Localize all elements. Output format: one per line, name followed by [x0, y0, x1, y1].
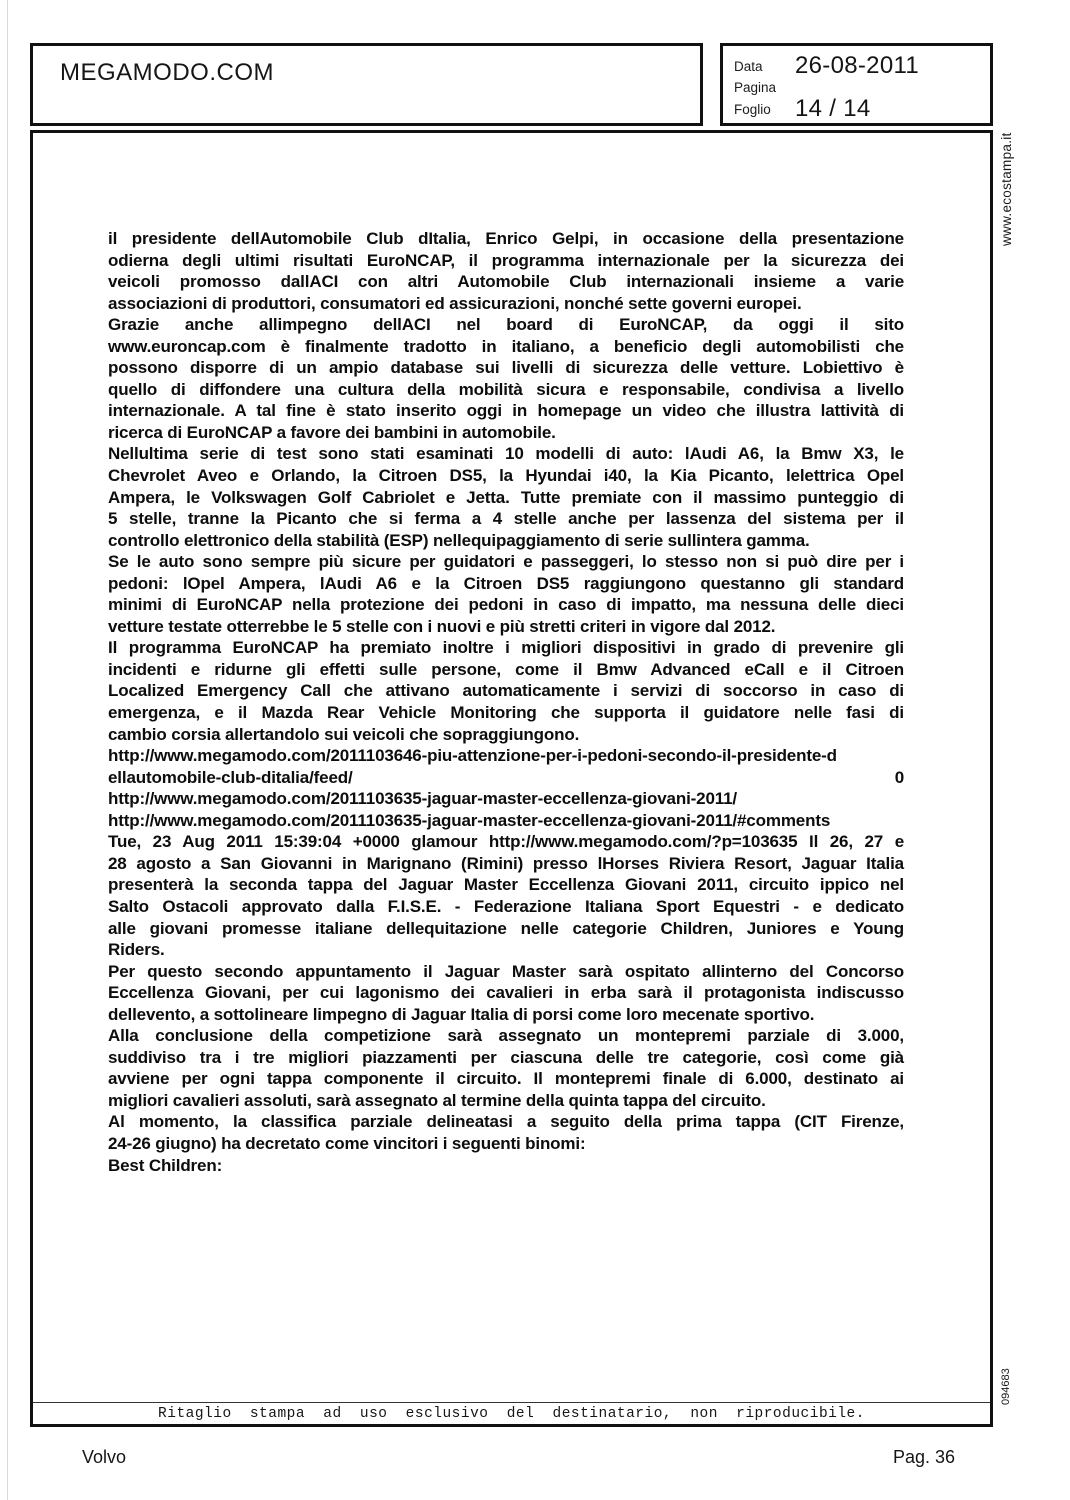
- article-line: suddiviso tra i tre migliori piazzamenti…: [108, 1047, 904, 1069]
- article-line: migliori cavalieri assoluti, sarà assegn…: [108, 1090, 904, 1112]
- article-line: vetture testate otterrebbe le 5 stelle c…: [108, 616, 904, 638]
- article-line: dellevento, a sottolineare limpegno di J…: [108, 1004, 904, 1026]
- disclaimer-text: Ritaglio stampa ad uso esclusivo del des…: [158, 1406, 865, 1422]
- footer-client: Volvo: [82, 1447, 126, 1468]
- article-line: Salto Ostacoli approvato dalla F.I.S.E. …: [108, 896, 904, 918]
- clipping-meta-box: Data 26-08-2011 Pagina Foglio 14 / 14: [720, 43, 993, 126]
- date-value: 26-08-2011: [795, 52, 919, 80]
- article-line: 24-26 giugno) ha decretato come vincitor…: [108, 1133, 904, 1155]
- article-line: Alla conclusione della competizione sarà…: [108, 1025, 904, 1047]
- article-line: http://www.megamodo.com/2011103635-jagua…: [108, 810, 904, 832]
- disclaimer-strip: Ritaglio stampa ad uso esclusivo del des…: [33, 1402, 990, 1424]
- article-line: Per questo secondo appuntamento il Jagua…: [108, 961, 904, 983]
- article-line: 5 stelle, tranne la Picanto che si ferma…: [108, 508, 904, 530]
- article-line: www.euroncap.com è finalmente tradotto i…: [108, 336, 904, 358]
- article-line: Best Children:: [108, 1155, 904, 1177]
- article-line: Localized Emergency Call che attivano au…: [108, 680, 904, 702]
- page-label: Pagina: [734, 80, 795, 95]
- article-text: il presidente dellAutomobile Club dItali…: [108, 228, 904, 1176]
- article-line: Tue, 23 Aug 2011 15:39:04 +0000 glamour …: [108, 831, 904, 853]
- article-line: Nellultima serie di test sono stati esam…: [108, 443, 904, 465]
- meta-row-date: Data 26-08-2011: [734, 52, 984, 80]
- sheet-label: Foglio: [734, 102, 795, 117]
- article-line: internazionale. A tal fine è stato inser…: [108, 400, 904, 422]
- source-name: MEGAMODO.COM: [60, 59, 274, 87]
- meta-row-sheet: Foglio 14 / 14: [734, 95, 984, 123]
- scan-edge-line: [7, 0, 8, 1500]
- article-frame: il presidente dellAutomobile Club dItali…: [30, 130, 993, 1427]
- press-clipping-page: MEGAMODO.COM Data 26-08-2011 Pagina Fogl…: [0, 0, 1070, 1500]
- article-line: avviene per ogni tappa componente il cir…: [108, 1068, 904, 1090]
- article-line: associazioni di produttori, consumatori …: [108, 293, 904, 315]
- sheet-value: 14 / 14: [795, 95, 871, 123]
- article-line: Riders.: [108, 939, 904, 961]
- article-line: emergenza, e il Mazda Rear Vehicle Monit…: [108, 702, 904, 724]
- article-line: ellautomobile-club-ditalia/feed/0: [108, 767, 904, 789]
- article-line: veicoli promosso dallACI con altri Autom…: [108, 271, 904, 293]
- ecostampa-watermark: www.ecostampa.it: [999, 138, 1014, 246]
- article-line: ricerca di EuroNCAP a favore dei bambini…: [108, 422, 904, 444]
- footer-page-number: Pag. 36: [893, 1447, 955, 1468]
- article-line: controllo elettronico della stabilità (E…: [108, 530, 904, 552]
- article-line: Ampera, le Volkswagen Golf Cabriolet e J…: [108, 487, 904, 509]
- article-line: Chevrolet Aveo e Orlando, la Citroen DS5…: [108, 465, 904, 487]
- clipping-meta-rows: Data 26-08-2011 Pagina Foglio 14 / 14: [734, 52, 984, 119]
- article-line-left: ellautomobile-club-ditalia/feed/: [108, 767, 353, 789]
- source-header-box: MEGAMODO.COM: [30, 43, 703, 126]
- article-line: il presidente dellAutomobile Club dItali…: [108, 228, 904, 250]
- article-line: alle giovani promesse italiane dellequit…: [108, 918, 904, 940]
- article-line: Se le auto sono sempre più sicure per gu…: [108, 551, 904, 573]
- article-line: pedoni: lOpel Ampera, lAudi A6 e la Citr…: [108, 573, 904, 595]
- meta-row-page: Pagina: [734, 80, 984, 95]
- article-line: quello di diffondere una cultura della m…: [108, 379, 904, 401]
- article-line: incidenti e ridurne gli effetti sulle pe…: [108, 659, 904, 681]
- article-line-right: 0: [895, 767, 904, 789]
- article-line: odierna degli ultimi risultati EuroNCAP,…: [108, 250, 904, 272]
- article-line: http://www.megamodo.com/2011103635-jagua…: [108, 788, 904, 810]
- date-label: Data: [734, 59, 795, 74]
- clipping-code: 094683: [1000, 1363, 1012, 1405]
- article-line: http://www.megamodo.com/2011103646-piu-a…: [108, 745, 904, 767]
- article-line: 28 agosto a San Giovanni in Marignano (R…: [108, 853, 904, 875]
- article-line: Il programma EuroNCAP ha premiato inoltr…: [108, 637, 904, 659]
- article-line: cambio corsia allertandolo sui veicoli c…: [108, 724, 904, 746]
- article-line: Grazie anche allimpegno dellACI nel boar…: [108, 314, 904, 336]
- article-line: possono disporre di un ampio database su…: [108, 357, 904, 379]
- article-line: minimi di EuroNCAP nella protezione dei …: [108, 594, 904, 616]
- article-line: Eccellenza Giovani, per cui lagonismo de…: [108, 982, 904, 1004]
- article-line: Al momento, la classifica parziale delin…: [108, 1111, 904, 1133]
- article-line: presenterà la seconda tappa del Jaguar M…: [108, 874, 904, 896]
